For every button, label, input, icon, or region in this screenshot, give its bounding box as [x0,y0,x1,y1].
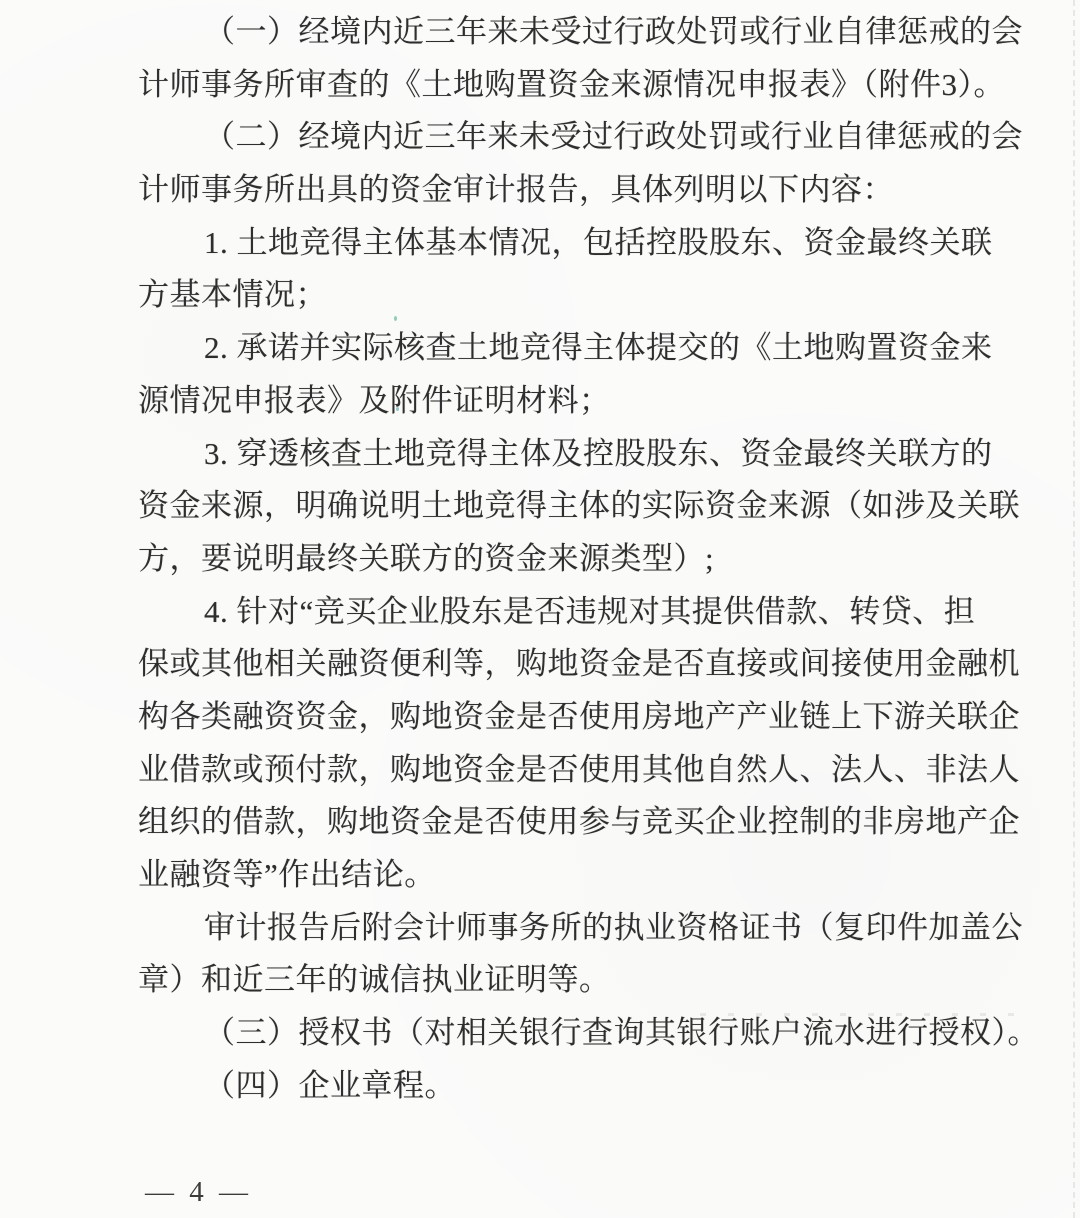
text-line: （一）经境内近三年来未受过行政处罚或行业自律惩戒的会 [138,6,968,59]
text-line: （三）授权书（对相关银行查询其银行账户流水进行授权）。 [138,1007,968,1060]
text-line: 方，要说明最终关联方的资金来源类型）; [138,533,968,586]
document-body: （一）经境内近三年来未受过行政处罚或行业自律惩戒的会计师事务所审查的《土地购置资… [138,6,968,1112]
text-line: 章）和近三年的诚信执业证明等。 [138,954,968,1007]
page-number: — 4 — [145,1168,252,1216]
scanned-document-page: （一）经境内近三年来未受过行政处罚或行业自律惩戒的会计师事务所审查的《土地购置资… [0,0,1080,1218]
text-line: 源情况申报表》及附件证明材料； [138,375,968,428]
text-line: 计师事务所出具的资金审计报告，具体列明以下内容： [138,164,968,217]
text-line: 资金来源，明确说明土地竞得主体的实际资金来源（如涉及关联 [138,480,968,533]
text-line: 组织的借款，购地资金是否使用参与竞买企业控制的非房地产企 [138,796,968,849]
text-line: （四）企业章程。 [138,1060,968,1113]
text-line: 业融资等”作出结论。 [138,849,968,902]
text-line: 计师事务所审查的《土地购置资金来源情况申报表》（附件3）。 [138,59,968,112]
text-line: 审计报告后附会计师事务所的执业资格证书（复印件加盖公 [138,902,968,955]
scan-artifact-line [1073,0,1075,1218]
text-line: 1. 土地竞得主体基本情况，包括控股股东、资金最终关联 [138,217,968,270]
text-line: 保或其他相关融资便利等，购地资金是否直接或间接使用金融机 [138,638,968,691]
text-line: 3. 穿透核查土地竞得主体及控股股东、资金最终关联方的 [138,428,968,481]
text-line: 4. 针对“竞买企业股东是否违规对其提供借款、转贷、担 [138,586,968,639]
text-line: 业借款或预付款，购地资金是否使用其他自然人、法人、非法人 [138,744,968,797]
text-line: 构各类融资资金，购地资金是否使用房地产产业链上下游关联企 [138,691,968,744]
text-line: 方基本情况； [138,269,968,322]
text-line: 2. 承诺并实际核查土地竞得主体提交的《土地购置资金来 [138,322,968,375]
text-line: （二）经境内近三年来未受过行政处罚或行业自律惩戒的会 [138,111,968,164]
